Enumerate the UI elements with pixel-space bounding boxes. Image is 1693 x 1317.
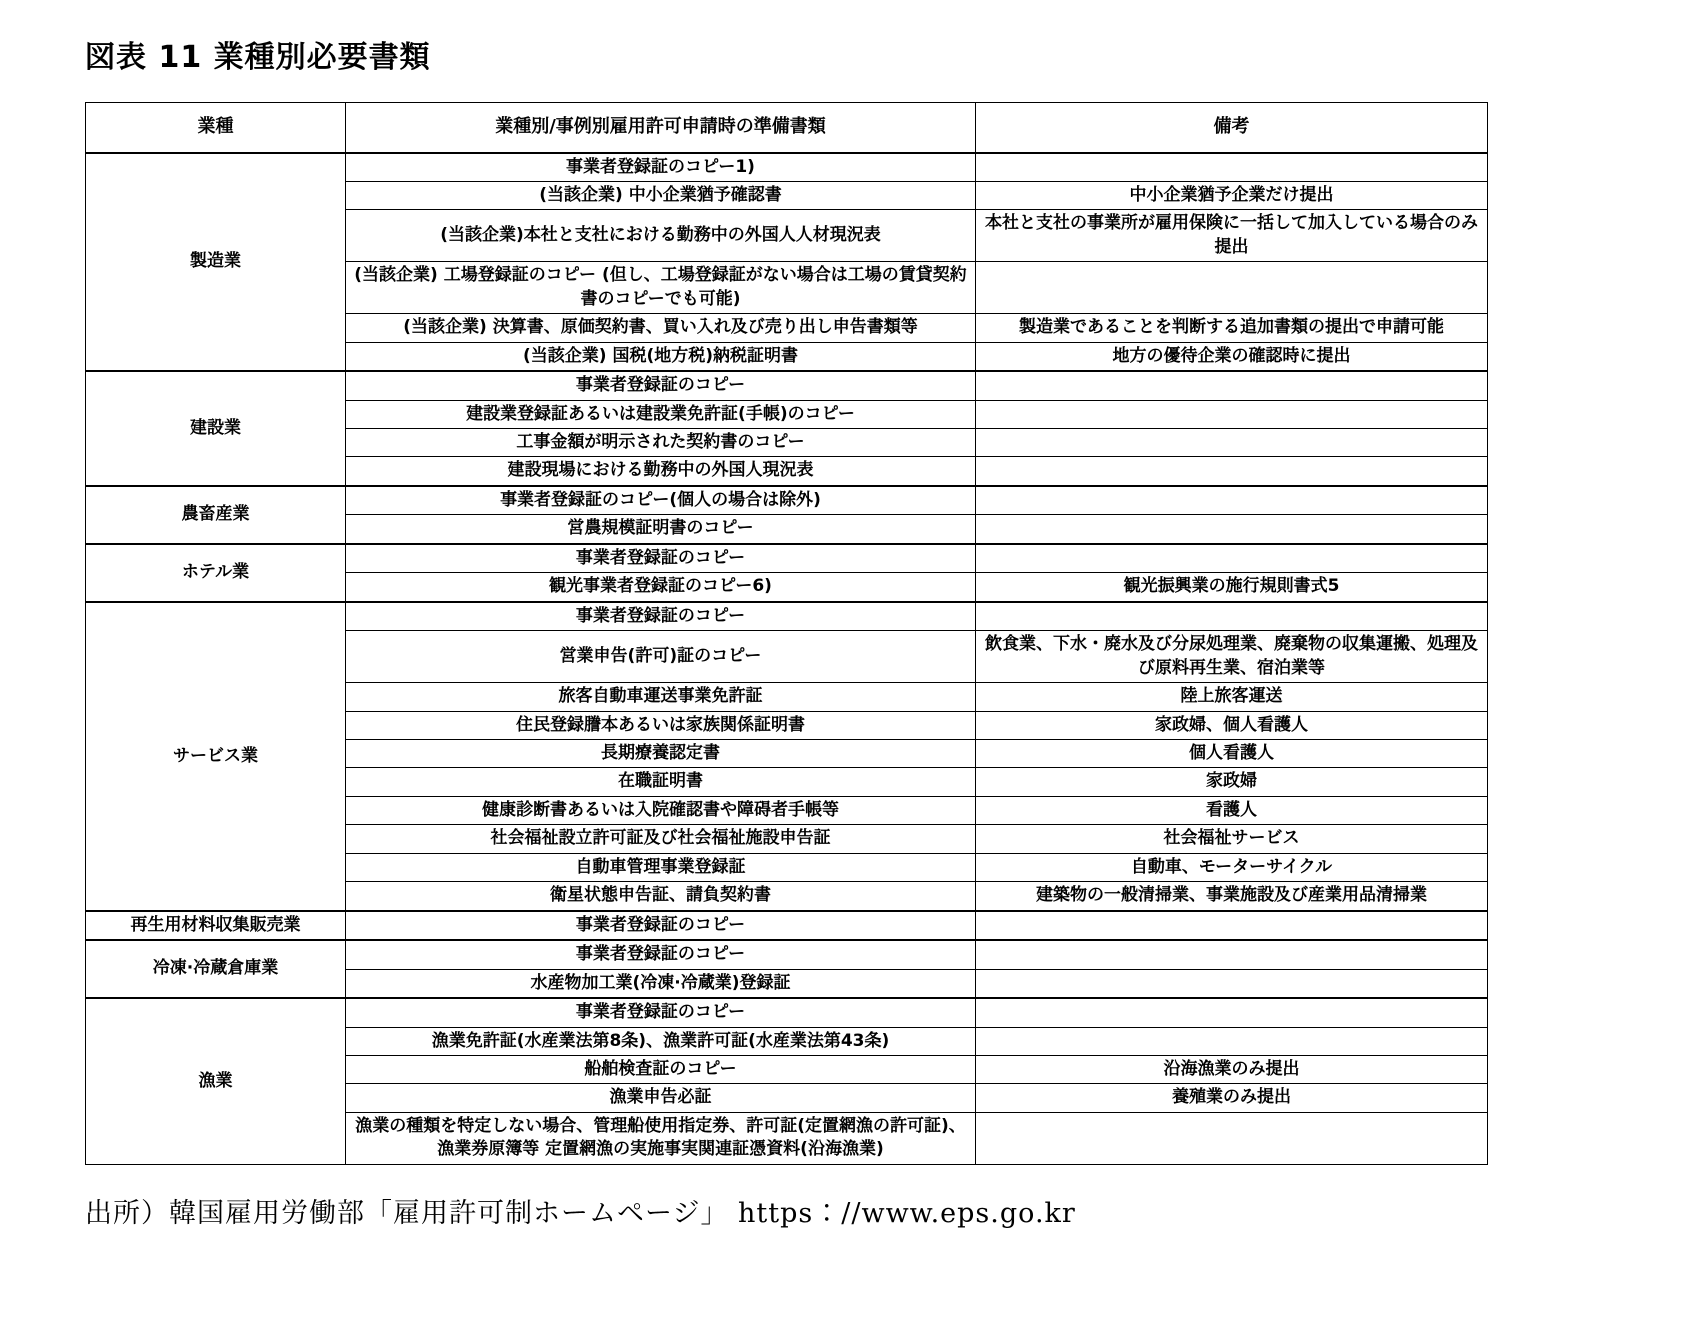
table-row: 冷凍·冷蔵倉庫業事業者登録証のコピー [86, 940, 1488, 969]
remark-cell: 家政婦 [976, 768, 1488, 796]
document-cell: 事業者登録証のコピー [346, 940, 976, 969]
document-cell: 水産物加工業(冷凍·冷蔵業)登録証 [346, 969, 976, 998]
remark-cell [976, 371, 1488, 400]
document-cell: 建設現場における勤務中の外国人現況表 [346, 457, 976, 486]
remark-cell [976, 969, 1488, 998]
remark-cell: 家政婦、個人看護人 [976, 711, 1488, 739]
document-cell: 住民登録謄本あるいは家族関係証明書 [346, 711, 976, 739]
industry-cell: 農畜産業 [86, 486, 346, 544]
document-cell: 自動車管理事業登録証 [346, 853, 976, 881]
remark-cell [976, 429, 1488, 457]
remark-cell: 製造業であることを判断する追加書類の提出で申請可能 [976, 314, 1488, 342]
column-header-documents: 業種別/事例別雇用許可申請時の準備書類 [346, 103, 976, 153]
remark-cell: 個人看護人 [976, 740, 1488, 768]
remark-cell: 社会福祉サービス [976, 825, 1488, 853]
remark-cell: 沿海漁業のみ提出 [976, 1056, 1488, 1084]
document-cell: 事業者登録証のコピー [346, 544, 976, 573]
document-cell: 長期療養認定書 [346, 740, 976, 768]
document-cell: 漁業免許証(水産業法第8条)、漁業許可証(水産業法第43条) [346, 1027, 976, 1055]
remark-cell [976, 544, 1488, 573]
table-header: 業種 業種別/事例別雇用許可申請時の準備書類 備考 [86, 103, 1488, 153]
document-cell: 衛星状態申告証、請負契約書 [346, 882, 976, 911]
industry-cell: サービス業 [86, 602, 346, 911]
document-cell: 漁業申告必証 [346, 1084, 976, 1112]
remark-cell [976, 1027, 1488, 1055]
industry-cell: 再生用材料収集販売業 [86, 911, 346, 940]
document-cell: 在職証明書 [346, 768, 976, 796]
column-header-industry: 業種 [86, 103, 346, 153]
table-row: 漁業事業者登録証のコピー [86, 998, 1488, 1027]
document-cell: 事業者登録証のコピー [346, 602, 976, 631]
remark-cell: 本社と支社の事業所が雇用保険に一括して加入している場合のみ提出 [976, 210, 1488, 262]
document-cell: 事業者登録証のコピー [346, 998, 976, 1027]
table-body: 製造業事業者登録証のコピー1)(当該企業) 中小企業猶予確認書中小企業猶予企業だ… [86, 153, 1488, 1165]
remark-cell: 陸上旅客運送 [976, 683, 1488, 711]
document-cell: 事業者登録証のコピー(個人の場合は除外) [346, 486, 976, 515]
document-cell: 営業申告(許可)証のコピー [346, 631, 976, 683]
remark-cell: 飲食業、下水・廃水及び分尿処理業、廃棄物の収集運搬、処理及び原料再生業、宿泊業等 [976, 631, 1488, 683]
industry-cell: 製造業 [86, 153, 346, 372]
remark-cell [976, 515, 1488, 544]
document-cell: 社会福祉設立許可証及び社会福祉施設申告証 [346, 825, 976, 853]
document-cell: 事業者登録証のコピー1) [346, 153, 976, 182]
remark-cell: 観光振興業の施行規則書式5 [976, 573, 1488, 602]
remark-cell: 地方の優待企業の確認時に提出 [976, 342, 1488, 371]
remark-cell: 建築物の一般清掃業、事業施設及び産業用品清掃業 [976, 882, 1488, 911]
remark-cell [976, 602, 1488, 631]
remark-cell: 養殖業のみ提出 [976, 1084, 1488, 1112]
table-row: 農畜産業事業者登録証のコピー(個人の場合は除外) [86, 486, 1488, 515]
document-cell: 事業者登録証のコピー [346, 371, 976, 400]
remark-cell: 自動車、モーターサイクル [976, 853, 1488, 881]
document-cell: (当該企業) 国税(地方税)納税証明書 [346, 342, 976, 371]
industry-cell: 建設業 [86, 371, 346, 486]
industry-cell: 冷凍·冷蔵倉庫業 [86, 940, 346, 998]
table-row: 建設業事業者登録証のコピー [86, 371, 1488, 400]
document-page: 図表 11 業種別必要書類 業種 業種別/事例別雇用許可申請時の準備書類 備考 … [0, 0, 1693, 1317]
document-cell: 船舶検査証のコピー [346, 1056, 976, 1084]
industry-cell: ホテル業 [86, 544, 346, 602]
document-cell: (当該企業) 決算書、原価契約書、買い入れ及び売り出し申告書類等 [346, 314, 976, 342]
document-cell: 営農規模証明書のコピー [346, 515, 976, 544]
document-cell: (当該企業)本社と支社における勤務中の外国人人材現況表 [346, 210, 976, 262]
industry-cell: 漁業 [86, 998, 346, 1164]
document-cell: 健康診断書あるいは入院確認書や障碍者手帳等 [346, 796, 976, 824]
remark-cell: 看護人 [976, 796, 1488, 824]
document-cell: 工事金額が明示された契約書のコピー [346, 429, 976, 457]
remark-cell [976, 486, 1488, 515]
remark-cell [976, 940, 1488, 969]
table-row: ホテル業事業者登録証のコピー [86, 544, 1488, 573]
remark-cell: 中小企業猶予企業だけ提出 [976, 181, 1488, 209]
column-header-remarks: 備考 [976, 103, 1488, 153]
table-row: 再生用材料収集販売業事業者登録証のコピー [86, 911, 1488, 940]
remark-cell [976, 153, 1488, 182]
remark-cell [976, 400, 1488, 428]
document-cell: (当該企業) 工場登録証のコピー (但し、工場登録証がない場合は工場の賃貸契約書… [346, 262, 976, 314]
remark-cell [976, 1112, 1488, 1164]
remark-cell [976, 457, 1488, 486]
table-row: 製造業事業者登録証のコピー1) [86, 153, 1488, 182]
document-cell: 観光事業者登録証のコピー6) [346, 573, 976, 602]
source-note: 出所）韓国雇用労働部「雇用許可制ホームページ」 https：//www.eps.… [85, 1191, 1693, 1230]
remark-cell [976, 911, 1488, 940]
required-documents-table: 業種 業種別/事例別雇用許可申請時の準備書類 備考 製造業事業者登録証のコピー1… [85, 102, 1488, 1165]
remark-cell [976, 998, 1488, 1027]
remark-cell [976, 262, 1488, 314]
document-cell: 漁業の種類を特定しない場合、管理船使用指定券、許可証(定置網漁の許可証)、漁業券… [346, 1112, 976, 1164]
document-cell: 事業者登録証のコピー [346, 911, 976, 940]
document-cell: 旅客自動車運送事業免許証 [346, 683, 976, 711]
document-cell: 建設業登録証あるいは建設業免許証(手帳)のコピー [346, 400, 976, 428]
document-cell: (当該企業) 中小企業猶予確認書 [346, 181, 976, 209]
figure-title: 図表 11 業種別必要書類 [85, 32, 1693, 76]
table-row: サービス業事業者登録証のコピー [86, 602, 1488, 631]
header-row: 業種 業種別/事例別雇用許可申請時の準備書類 備考 [86, 103, 1488, 153]
